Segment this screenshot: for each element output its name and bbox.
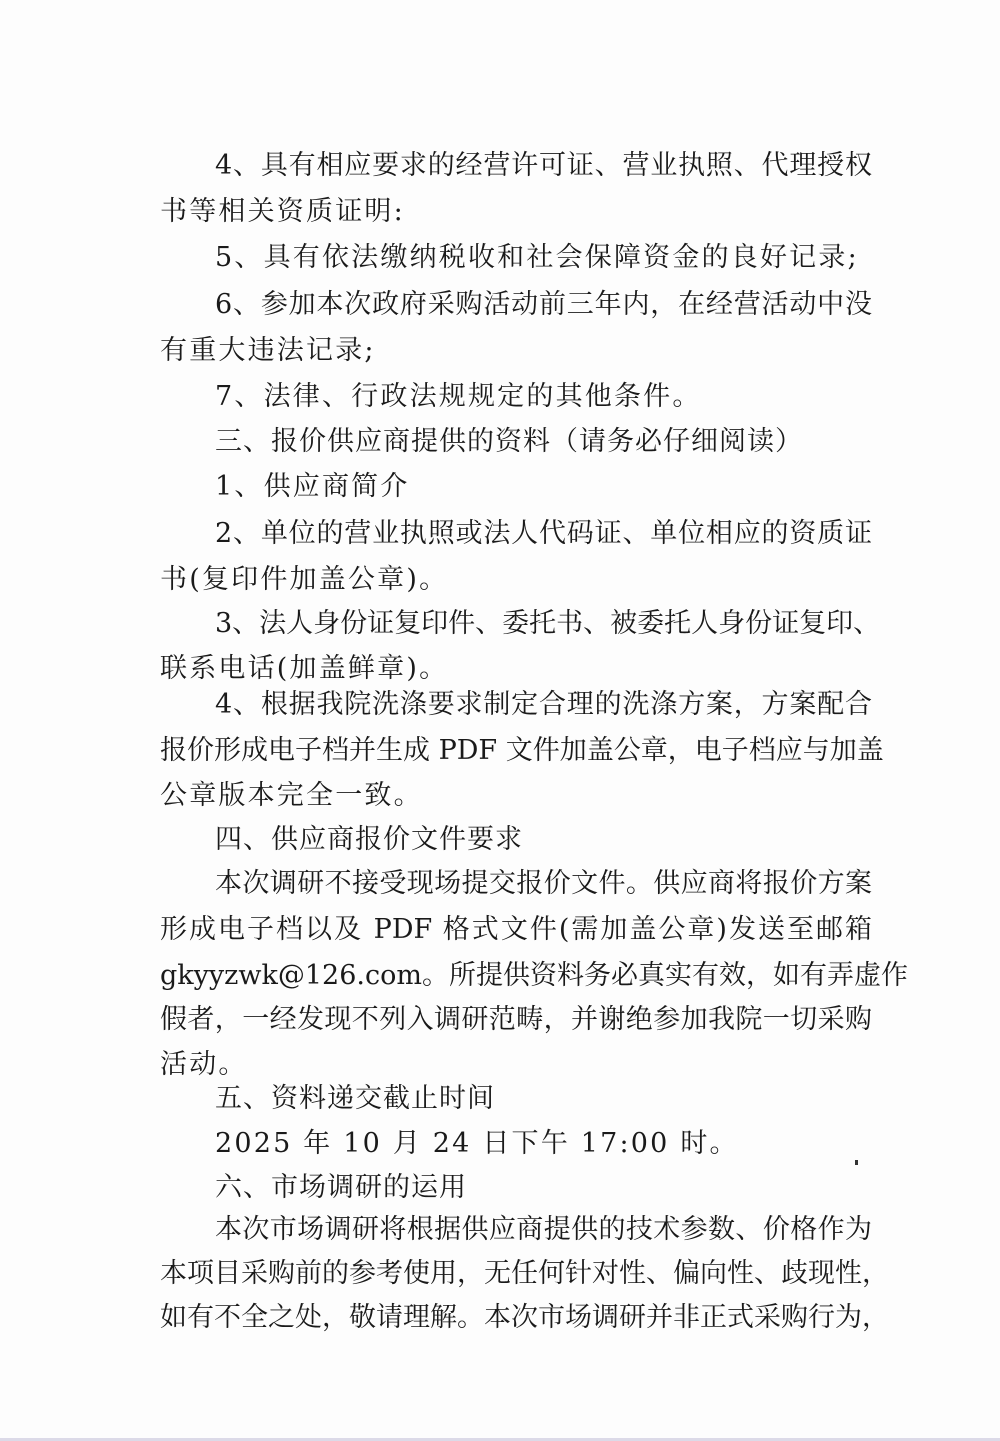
- section-3-heading: 三、报价供应商提供的资料（请务必仔细阅读）: [215, 424, 803, 460]
- submission-line-1: 本次调研不接受现场提交报价文件。供应商将报价方案: [215, 866, 872, 902]
- document-page: 4、具有相应要求的经营许可证、营业执照、代理授权 书等相关资质证明: 5、具有依…: [0, 0, 1000, 1441]
- material-1: 1、供应商简介: [215, 469, 410, 505]
- submission-line-2: 形成电子档以及 PDF 格式文件(需加盖公章)发送至邮箱: [160, 912, 872, 948]
- requirement-6-line-2: 有重大违法记录;: [160, 333, 376, 369]
- requirement-5: 5、具有依法缴纳税收和社会保障资金的良好记录;: [215, 240, 859, 276]
- material-2-line-1: 2、单位的营业执照或法人代码证、单位相应的资质证: [215, 516, 872, 552]
- section-6-heading: 六、市场调研的运用: [215, 1170, 467, 1206]
- section-4-heading: 四、供应商报价文件要求: [215, 822, 523, 858]
- deadline-text: 2025 年 10 月 24 日下午 17:00 时。: [215, 1126, 739, 1162]
- usage-line-1: 本次市场调研将根据供应商提供的技术参数、价格作为: [215, 1212, 872, 1248]
- submission-line-4: 假者，一经发现不列入调研范畴，并谢绝参加我院一切采购: [160, 1002, 872, 1038]
- scan-speck: [855, 1160, 858, 1165]
- requirement-7: 7、法律、行政法规规定的其他条件。: [215, 379, 702, 415]
- usage-line-2: 本项目采购前的参考使用，无任何针对性、偏向性、歧现性，: [160, 1256, 872, 1292]
- requirement-4-line-2: 书等相关资质证明:: [160, 194, 405, 230]
- requirement-6-line-1: 6、参加本次政府采购活动前三年内，在经营活动中没: [215, 287, 872, 323]
- material-4-line-2: 报价形成电子档并生成 PDF 文件加盖公章，电子档应与加盖: [160, 733, 872, 769]
- material-3-line-1: 3、法人身份证复印件、委托书、被委托人身份证复印、: [215, 606, 872, 642]
- material-3-line-2: 联系电话(加盖鲜章)。: [160, 651, 448, 687]
- requirement-4-line-1: 4、具有相应要求的经营许可证、营业执照、代理授权: [215, 148, 872, 184]
- section-5-heading: 五、资料递交截止时间: [215, 1081, 495, 1117]
- material-2-line-2: 书(复印件加盖公章)。: [160, 562, 448, 598]
- submission-line-3-email: gkyyzwk@126.com。所提供资料务必真实有效，如有弄虚作: [160, 958, 872, 994]
- submission-line-5: 活动。: [160, 1047, 248, 1083]
- material-4-line-3: 公章版本完全一致。: [160, 778, 423, 814]
- usage-line-3: 如有不全之处，敬请理解。本次市场调研并非正式采购行为，: [160, 1300, 872, 1336]
- material-4-line-1: 4、根据我院洗涤要求制定合理的洗涤方案，方案配合: [215, 687, 872, 723]
